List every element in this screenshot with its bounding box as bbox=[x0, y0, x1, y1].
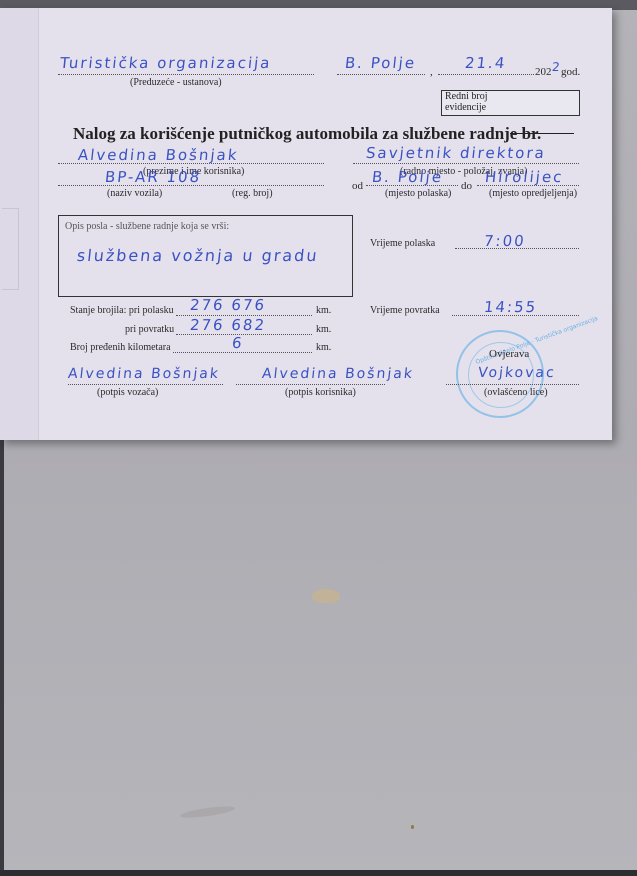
user-signature-line bbox=[236, 384, 385, 385]
user-name-value: Alvedina Bošnjak bbox=[77, 146, 239, 164]
to-place-value: Hirolijec bbox=[484, 168, 564, 186]
return-time-value: 14:55 bbox=[483, 298, 538, 316]
certifies-label: Ovjerava bbox=[489, 348, 529, 360]
year-prefix: 202 bbox=[535, 66, 552, 78]
place-value: B. Polje bbox=[344, 54, 417, 72]
date-line bbox=[438, 74, 534, 75]
job-description-label: Opis posla - službene radnje koja se vrš… bbox=[65, 221, 229, 232]
odometer-return-label: pri povratku bbox=[125, 324, 174, 335]
odometer-return-value: 276 682 bbox=[189, 316, 267, 334]
distance-label: Broj pređenih kilometara bbox=[70, 342, 171, 353]
redni-broj-box[interactable]: Redni broj evidencije bbox=[441, 90, 580, 116]
page-binding-strip bbox=[0, 8, 39, 440]
official-signature: Vojkovac bbox=[477, 365, 556, 381]
organization-value: Turistička organizacija bbox=[59, 54, 272, 72]
organization-label: (Preduzeće - ustanova) bbox=[130, 77, 222, 88]
driver-signature: Alvedina Bošnjak bbox=[67, 366, 221, 382]
redni-broj-label-1: Redni broj bbox=[442, 91, 579, 102]
user-signature: Alvedina Bošnjak bbox=[261, 366, 415, 382]
distance-unit: km. bbox=[316, 342, 331, 353]
form-page: Turistička organizacija (Preduzeće - ust… bbox=[0, 8, 612, 440]
vehicle-line bbox=[58, 185, 324, 186]
distance-value: 6 bbox=[231, 334, 244, 352]
year-suffix: god. bbox=[561, 66, 580, 78]
scanner-left-edge bbox=[0, 440, 4, 876]
user-name-line bbox=[58, 163, 324, 164]
job-description-value: službena vožnja u gradu bbox=[76, 246, 320, 265]
departure-time-value: 7:00 bbox=[483, 232, 527, 250]
place-line bbox=[337, 74, 425, 75]
to-prefix: do bbox=[461, 180, 472, 192]
redni-broj-label-2: evidencije bbox=[442, 102, 579, 113]
scanner-bottom-edge bbox=[0, 870, 637, 876]
organization-line bbox=[58, 74, 314, 75]
date-value: 21.4 bbox=[464, 54, 507, 72]
driver-signature-label: (potpis vozača) bbox=[97, 387, 158, 398]
vehicle-label: (naziv vozila) bbox=[107, 188, 162, 199]
from-prefix: od bbox=[352, 180, 363, 192]
odometer-return-unit: km. bbox=[316, 324, 331, 335]
position-value: Savjetnik direktora bbox=[365, 144, 547, 162]
odometer-start-label: Stanje brojila: pri polasku bbox=[70, 305, 174, 316]
from-place-value: B. Polje bbox=[371, 168, 444, 186]
from-place-label: (mjesto polaska) bbox=[385, 188, 451, 199]
departure-time-label: Vrijeme polaska bbox=[370, 238, 435, 249]
odometer-start-value: 276 676 bbox=[189, 296, 267, 314]
official-signature-label: (ovlašćeno lice) bbox=[484, 387, 548, 398]
user-signature-label: (potpis korisnika) bbox=[285, 387, 356, 398]
to-place-line bbox=[477, 185, 579, 186]
order-number-line[interactable] bbox=[510, 133, 574, 134]
position-line bbox=[353, 163, 579, 164]
registration-value: BP-AR 108 bbox=[104, 168, 202, 186]
official-signature-line bbox=[446, 384, 579, 385]
distance-line bbox=[173, 352, 312, 353]
return-time-label: Vrijeme povratka bbox=[370, 305, 440, 316]
from-place-line bbox=[366, 185, 458, 186]
driver-signature-line bbox=[68, 384, 223, 385]
speck-mark bbox=[411, 825, 414, 829]
job-description-box[interactable]: Opis posla - službene radnje koja se vrš… bbox=[58, 215, 353, 297]
reg-label: (reg. broj) bbox=[232, 188, 273, 199]
odometer-start-unit: km. bbox=[316, 305, 331, 316]
page-title: Nalog za korišćenje putničkog automobila… bbox=[73, 124, 541, 144]
bleed-through-box bbox=[2, 208, 19, 290]
stain-mark bbox=[312, 589, 340, 603]
comma-separator: , bbox=[430, 66, 433, 78]
to-place-label: (mjesto opredjeljenja) bbox=[489, 188, 577, 199]
